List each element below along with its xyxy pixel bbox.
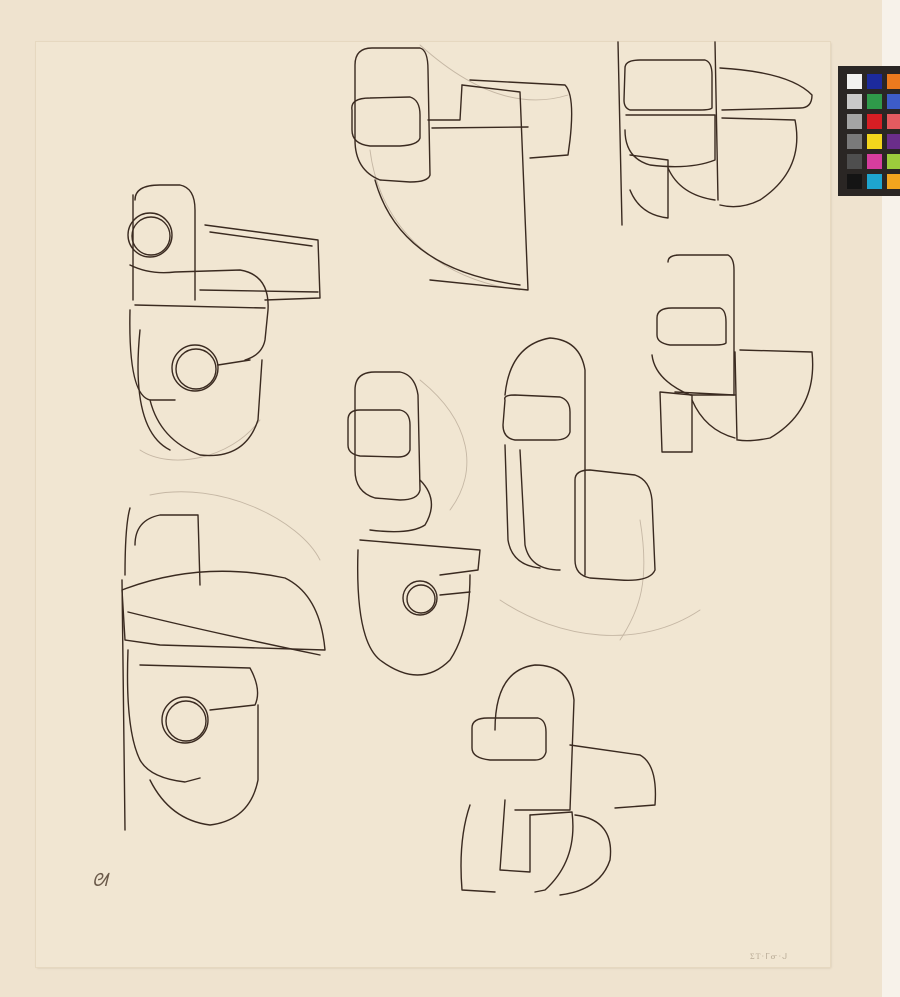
swatch: [887, 134, 900, 149]
sketch-layer: [0, 0, 900, 997]
swatch: [867, 134, 882, 149]
swatch: [887, 94, 900, 109]
sketch-6: [503, 338, 655, 580]
swatch: [887, 154, 900, 169]
swatch: [847, 134, 862, 149]
color-calibration-card: [838, 66, 900, 196]
swatch: [867, 154, 882, 169]
swatch: [847, 74, 862, 89]
inscription-text: ΣΤ·ᒥᓂ·ᒍ: [750, 952, 788, 961]
swatch: [887, 174, 900, 189]
swatch: [867, 114, 882, 129]
sketch-3: [618, 42, 812, 225]
swatch: [867, 94, 882, 109]
swatch: [847, 94, 862, 109]
swatch: [887, 74, 900, 89]
swatch: [847, 114, 862, 129]
sketch-2: [352, 48, 572, 290]
sketch-1: [128, 185, 320, 456]
signature-mark: ᘛ: [92, 870, 107, 891]
sketch-4: [652, 255, 813, 452]
sketch-8: [461, 665, 655, 895]
swatch: [867, 174, 882, 189]
swatch: [867, 74, 882, 89]
swatch: [847, 174, 862, 189]
swatch: [887, 114, 900, 129]
swatch: [847, 154, 862, 169]
ink-sketches: [122, 42, 813, 895]
sketch-7: [122, 508, 325, 830]
sketch-5: [348, 372, 480, 675]
